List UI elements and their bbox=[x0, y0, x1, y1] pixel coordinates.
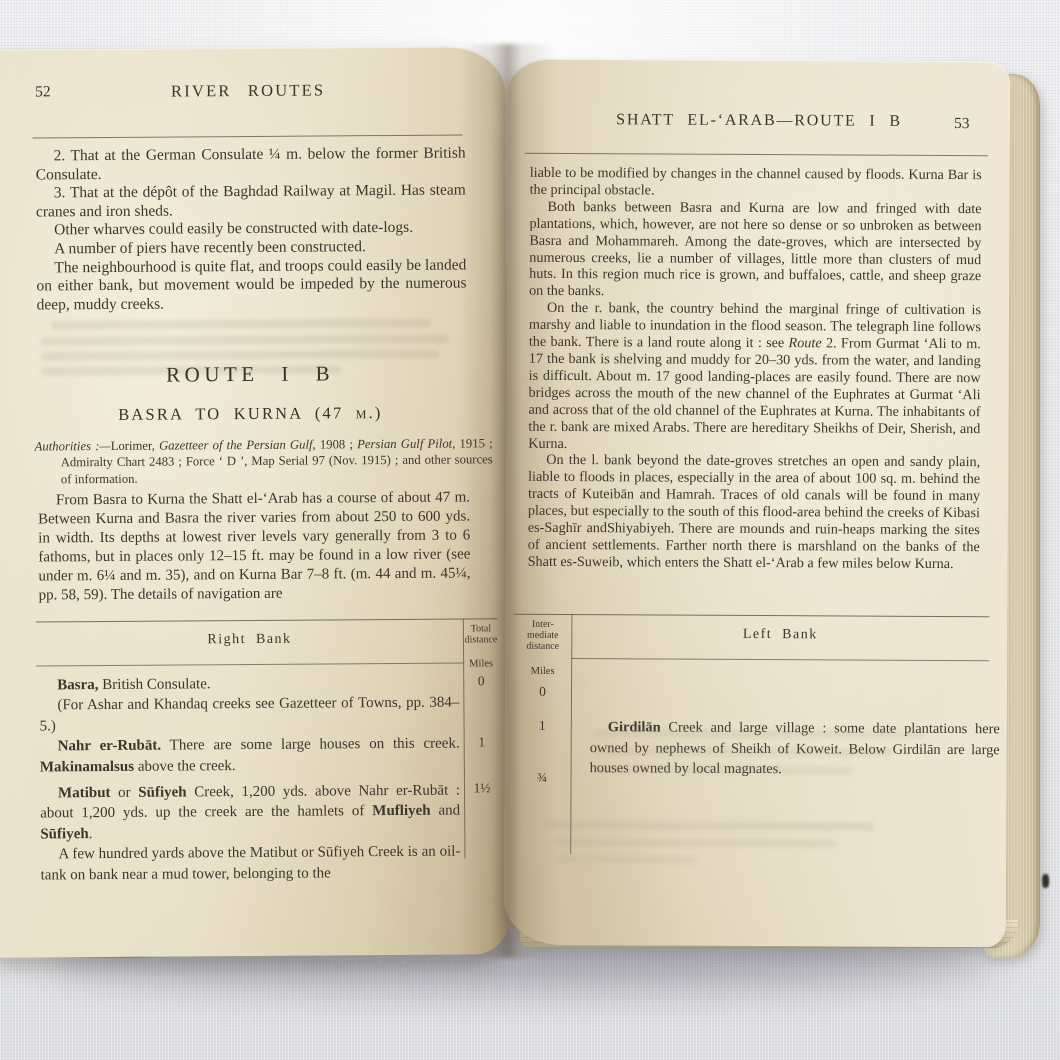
page-right: SHATT EL-ʻARAB—ROUTE I B 53 liable to be… bbox=[504, 59, 1011, 948]
route-table-left-bank: Left Bank Inter- mediate distance Miles … bbox=[513, 614, 989, 876]
miles-value: ¾ bbox=[514, 772, 571, 783]
body-text: 2. That at the German Consulate ¼ m. bel… bbox=[36, 144, 467, 314]
miles-label: Miles bbox=[463, 658, 499, 669]
page-number: 53 bbox=[954, 115, 970, 133]
miles-value: 1 bbox=[514, 720, 571, 731]
running-header: SHATT EL-ʻARAB—ROUTE I B bbox=[528, 111, 990, 131]
table-top-rule bbox=[36, 618, 498, 622]
distance-column-header: Total distance bbox=[463, 623, 499, 645]
table-row: A few hundred yards above the Matibut or… bbox=[40, 842, 460, 886]
table-row: Nahr er-Rubāt. There are some large hous… bbox=[40, 734, 460, 778]
paragraph: Other wharves could easily be constructe… bbox=[36, 219, 466, 241]
paragraph: 2. That at the German Consulate ¼ m. bel… bbox=[36, 144, 466, 184]
miles-label: Miles bbox=[514, 666, 571, 677]
miles-value: 1½ bbox=[464, 782, 500, 793]
paragraph: On the l. bank beyond the date-groves st… bbox=[528, 452, 981, 573]
table-column-header: Right Bank bbox=[36, 631, 463, 650]
header-rule bbox=[32, 134, 462, 138]
table-header-rule bbox=[36, 663, 463, 667]
paragraph: Both banks between Basra and Kurna are l… bbox=[529, 199, 982, 303]
ghost-text-line bbox=[594, 765, 854, 774]
authorities-note: Authorities :—Lorimer, Gazetteer of the … bbox=[35, 435, 493, 487]
page-left: 52 RIVER ROUTES 2. That at the German Co… bbox=[0, 46, 511, 958]
paragraph: liable to be modified by changes in the … bbox=[530, 165, 982, 201]
paragraph: The neighbourhood is quite flat, and tro… bbox=[36, 256, 466, 315]
table-row: (For Ashar and Khandaq creeks see Gazett… bbox=[39, 693, 459, 737]
miles-value: 0 bbox=[514, 686, 571, 697]
distance-column-header: Inter- mediate distance bbox=[514, 619, 571, 652]
route-subheading: BASRA TO KURNA (47 m.) bbox=[34, 402, 466, 425]
header-rule bbox=[525, 153, 988, 156]
route-heading: ROUTE I B bbox=[34, 360, 466, 388]
ghost-text-line bbox=[594, 729, 924, 739]
table-header-rule bbox=[571, 658, 989, 661]
ghost-text-line bbox=[594, 747, 894, 757]
book-photo-scene: 52 RIVER ROUTES 2. That at the German Co… bbox=[0, 0, 1060, 1060]
ghost-text-line bbox=[41, 335, 449, 346]
running-header: RIVER ROUTES bbox=[32, 79, 464, 102]
book-cover-corner bbox=[1042, 874, 1049, 888]
paragraph: On the r. bank, the country behind the m… bbox=[528, 300, 981, 455]
table-top-rule bbox=[514, 614, 989, 617]
body-text: liable to be modified by changes in the … bbox=[527, 165, 981, 613]
ghost-text-line bbox=[556, 838, 836, 847]
miles-value: 0 bbox=[463, 675, 499, 686]
table-row: Basra, British Consulate. bbox=[39, 673, 459, 696]
route-table-right-bank: Right Bank Total distance Miles 0 1 1½ B… bbox=[36, 618, 500, 871]
paragraph: 3. That at the dépôt of the Baghdad Rail… bbox=[36, 182, 466, 222]
ghost-text-line bbox=[41, 350, 439, 361]
table-entries: Basra, British Consulate. (For Ashar and… bbox=[39, 673, 460, 886]
table-column-header: Left Bank bbox=[571, 626, 989, 644]
miles-value: 1 bbox=[464, 736, 500, 747]
table-row: Matibut or Sūfiyeh Creek, 1,200 yds. abo… bbox=[40, 781, 460, 845]
ghost-text-line bbox=[556, 855, 696, 864]
intro-paragraph: From Basra to Kurna the Shatt el-ʻArab h… bbox=[38, 488, 471, 605]
ghost-text-line bbox=[51, 319, 431, 330]
